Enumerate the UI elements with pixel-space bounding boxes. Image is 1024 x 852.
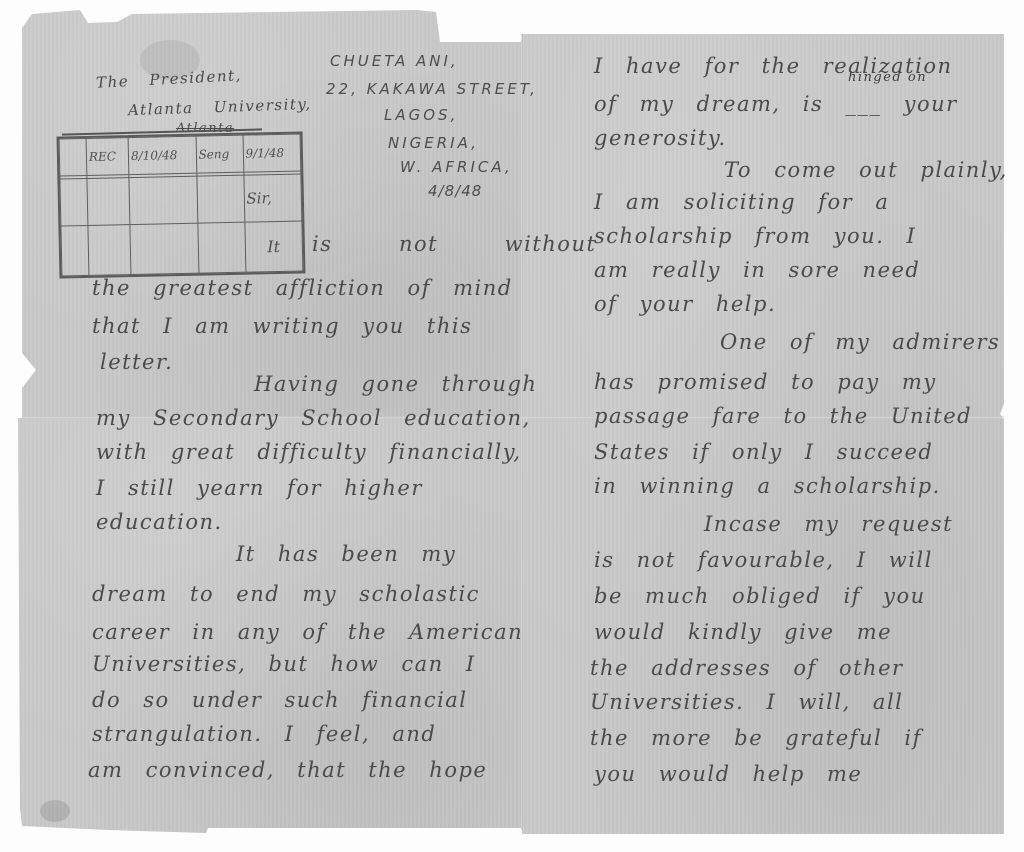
left-line-15: strangulation. I feel, and	[92, 722, 436, 746]
stamp-cell-reply-date: 9/1/48	[243, 134, 301, 173]
sender-street: 22, KAKAWA STREET,	[326, 80, 538, 98]
left-line-11: dream to end my scholastic	[92, 582, 480, 606]
left-line-10: It has been my	[236, 542, 456, 566]
stamp-cell	[196, 175, 244, 223]
right-line-18: the addresses of other	[590, 656, 904, 680]
inserted-text-hinged-on: hinged on	[848, 70, 927, 85]
right-line-9: One of my admirers	[720, 330, 1000, 354]
right-line-2: of my dream, is ___ your	[594, 92, 958, 116]
salutation-sir: Sir,	[243, 174, 301, 223]
left-line-5: Having gone through	[254, 372, 537, 396]
left-line-9: education.	[96, 510, 223, 534]
right-line-7: am really in sore need	[594, 258, 920, 282]
left-line-6: my Secondary School education,	[96, 406, 531, 430]
stain-mark	[40, 800, 70, 822]
sender-region: W. AFRICA,	[400, 158, 513, 176]
left-line-13: Universities, but how can I	[92, 652, 476, 676]
right-line-13: in winning a scholarship.	[594, 474, 941, 498]
stamp-cell	[88, 225, 131, 276]
right-line-4: To come out plainly,	[724, 158, 1008, 182]
paper-right-panel	[522, 34, 1004, 834]
left-line-14: do so under such financial	[92, 688, 468, 712]
right-line-14: Incase my request	[704, 512, 953, 536]
right-line-5: I am soliciting for a	[594, 190, 889, 214]
right-line-16: be much obliged if you	[594, 584, 926, 608]
left-line-12: career in any of the American	[92, 620, 523, 644]
received-stamp-grid: REC 8/10/48 Seng 9/1/48 Sir,	[57, 131, 306, 278]
stamp-cell-date: 8/10/48	[128, 136, 196, 175]
right-line-19: Universities. I will, all	[590, 690, 903, 714]
left-line-16: am convinced, that the hope	[88, 758, 487, 782]
left-line-3: that I am writing you this	[92, 314, 472, 338]
right-line-3: generosity.	[594, 126, 727, 150]
left-line-2: the greatest affliction of mind	[92, 276, 513, 300]
stamp-cell	[129, 176, 197, 225]
right-line-11: passage fare to the United	[594, 404, 972, 428]
sender-name: CHUETA ANI,	[330, 52, 459, 70]
right-line-21: you would help me	[594, 762, 862, 786]
left-line-4: letter.	[100, 350, 173, 374]
stamp-cell-it: It	[244, 221, 302, 272]
right-line-6: scholarship from you. I	[594, 224, 916, 248]
stamp-cell-initials: Seng	[196, 135, 244, 173]
scanned-letter: The President, Atlanta University, Atlan…	[0, 0, 1024, 852]
left-line-8: I still yearn for higher	[96, 476, 423, 500]
right-line-12: States if only I succeed	[594, 440, 933, 464]
left-line-1-tail: is not without	[312, 232, 596, 256]
stamp-cell-rec: REC	[86, 138, 129, 176]
right-line-20: the more be grateful if	[590, 726, 922, 750]
stamp-cell	[130, 223, 198, 274]
stamp-cell	[87, 177, 130, 225]
left-line-7: with great difficulty financially,	[96, 440, 522, 464]
stamp-cell	[197, 222, 245, 273]
right-line-10: has promised to pay my	[594, 370, 937, 394]
letter-date: 4/8/48	[428, 182, 482, 200]
sender-country: NIGERIA,	[388, 134, 479, 152]
stamp-cell	[60, 178, 88, 226]
vertical-fold-crease	[521, 34, 524, 830]
stamp-cell	[59, 138, 87, 176]
right-line-15: is not favourable, I will	[594, 548, 933, 572]
right-line-17: would kindly give me	[594, 620, 892, 644]
right-line-8: of your help.	[594, 292, 776, 316]
stamp-cell	[61, 226, 89, 276]
sender-city: LAGOS,	[384, 106, 458, 124]
